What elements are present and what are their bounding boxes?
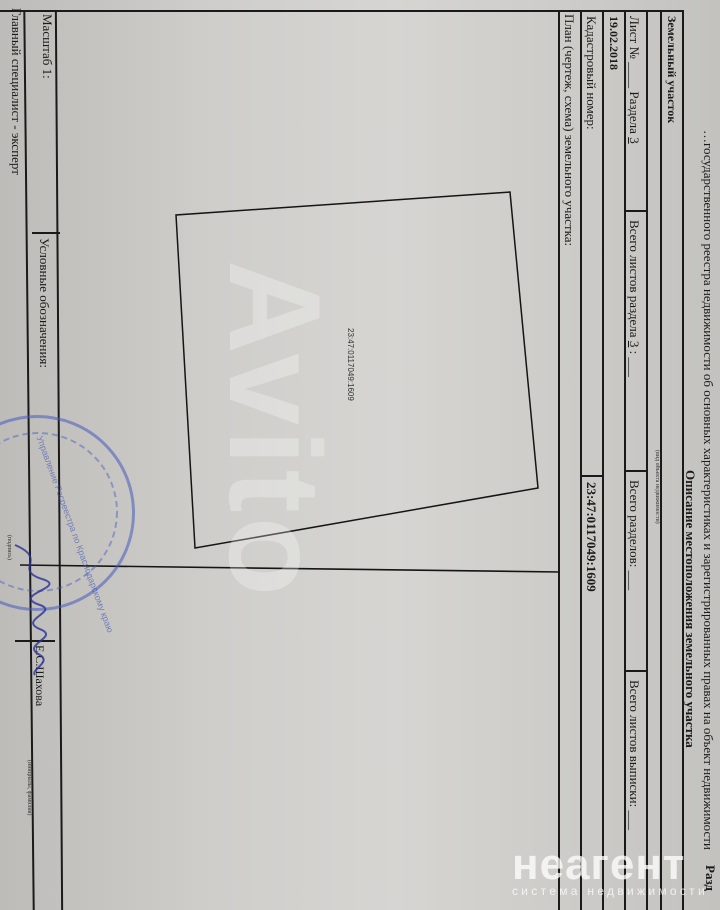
document-photo: …государственного реестра недвижимости о… bbox=[0, 0, 720, 910]
official-name-caption: (инициалы, фамилия) bbox=[26, 760, 32, 815]
neagent-logo: неагент bbox=[512, 840, 685, 890]
signature bbox=[0, 540, 70, 680]
neagent-tagline: система недвижимости bbox=[512, 884, 708, 898]
avito-watermark: Avito bbox=[200, 260, 350, 600]
rotated-document-sheet: …государственного реестра недвижимости о… bbox=[0, 0, 720, 910]
scale-label: Масштаб 1: bbox=[39, 14, 55, 79]
legend-label: Условные обозначения: bbox=[36, 238, 52, 368]
official-position: Главный специалист - эксперт bbox=[8, 8, 24, 175]
cell-divider bbox=[32, 232, 60, 234]
signature-stroke bbox=[15, 545, 49, 675]
